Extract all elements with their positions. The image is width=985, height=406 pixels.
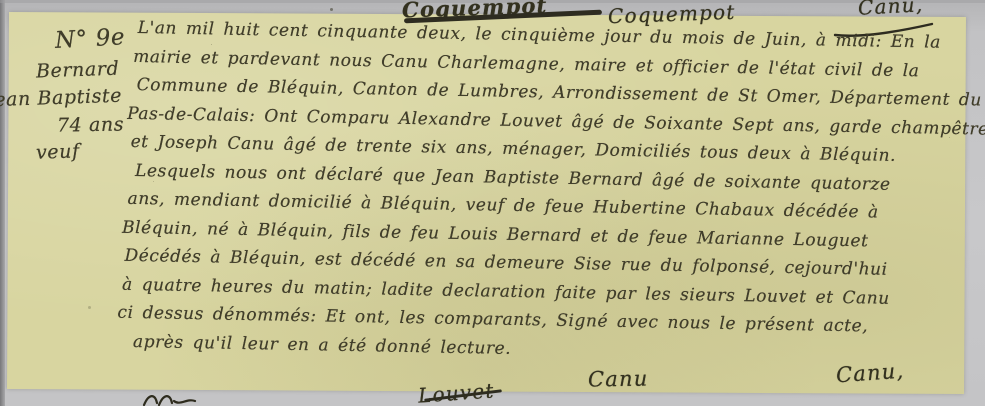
- scan-left-edge: [0, 0, 5, 406]
- partial-signature: [142, 392, 198, 406]
- margin-surname: Bernard: [36, 58, 120, 83]
- margin-status: veuf: [36, 140, 80, 164]
- bottom-signature-canu-center: Canu: [588, 366, 649, 391]
- bottom-signature-canu-right: Canu,: [835, 359, 905, 388]
- margin-age: 74 ans: [57, 113, 125, 136]
- margin-act-number: N° 9e: [54, 24, 125, 54]
- record-text: L'an mil huit cent cinquante deux, le ci…: [132, 14, 970, 371]
- paper-specks: [330, 8, 333, 11]
- scanned-document: Coquempot Coquempot Canu, N° 9e Bernard …: [0, 0, 985, 406]
- top-signature-canu: Canu,: [857, 0, 924, 20]
